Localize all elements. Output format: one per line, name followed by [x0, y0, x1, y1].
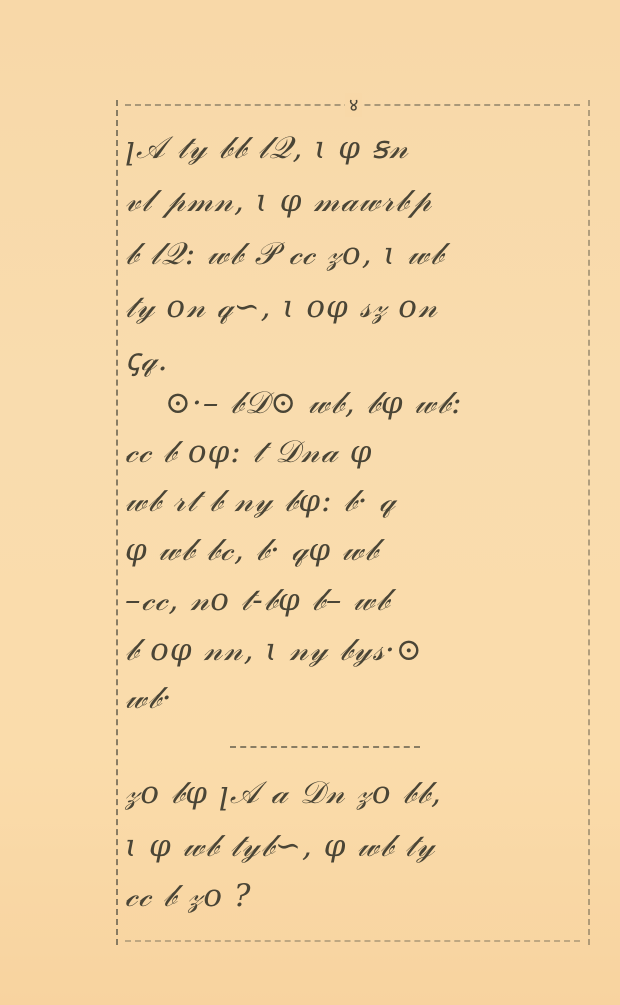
text-line: –𝒸𝒸, 𝓃𝑜 𝓉-𝒷φ 𝒷– 𝓌𝒷: [125, 582, 580, 619]
page-number: ४: [345, 93, 362, 117]
section-separator: [230, 746, 420, 748]
text-line: 𝒷 𝑜φ 𝓃𝓃, ɩ 𝓃𝓎 𝒷𝓎𝓈·⊙: [125, 632, 580, 669]
text-line: ⊙·– 𝒷𝒟⊙ 𝓌𝒷, 𝒷φ 𝓌𝒷:: [165, 385, 580, 422]
text-line: 𝓌𝒷·: [125, 680, 580, 717]
footer-dashed-rule: [125, 940, 580, 942]
text-line: ꞁ𝒜 𝓉𝓎 𝒷𝒷 𝓁𝒬, ɩ φ ꞩ𝓃: [125, 130, 580, 167]
text-line: ꞔ𝓆.: [125, 338, 580, 380]
text-line: 𝒸𝒸 𝒷 𝓏𝑜 ?: [125, 878, 580, 915]
text-line: 𝓋𝓁 𝓅𝓂𝓃, ɩ φ 𝓂𝒶𝓌𝓇𝒷𝓅: [125, 183, 580, 220]
text-line: ɩ φ 𝓌𝒷 𝓉𝓎𝒷∽, φ 𝓌𝒷 𝓉𝓎: [125, 828, 580, 865]
text-line: 𝒷 𝓁𝒬: 𝓌𝒷 𝒫 𝒸𝒸 𝓏𝑜, ɩ 𝓌𝒷: [125, 236, 580, 273]
text-line: 𝓉𝓎 𝑜𝓃 𝓆∽, ɩ 𝑜φ 𝓈𝓏 𝑜𝓃: [125, 289, 580, 326]
text-line: φ 𝓌𝒷 𝒷𝒸, 𝒷· 𝓆φ 𝓌𝒷: [125, 532, 580, 569]
left-margin-rule: [116, 100, 118, 945]
right-margin-rule: [588, 100, 590, 945]
scanned-page: ४ ꞁ𝒜 𝓉𝓎 𝒷𝒷 𝓁𝒬, ɩ φ ꞩ𝓃 𝓋𝓁 𝓅𝓂𝓃, ɩ φ 𝓂𝒶𝓌𝓇𝒷𝓅…: [0, 0, 620, 1005]
text-line: 𝓌𝒷 𝓇𝓉 𝒷 𝓃𝓎 𝒷φ: 𝒷· 𝓆: [125, 483, 580, 520]
text-line: 𝓏𝑜 𝒷φ ꞁ𝒜 𝒶 𝒟𝓃 𝓏𝑜 𝒷𝒷,: [125, 775, 580, 812]
text-line: 𝒸𝒸 𝒷 𝑜φ: 𝓉 𝒟𝓃𝒶 φ: [125, 434, 580, 471]
